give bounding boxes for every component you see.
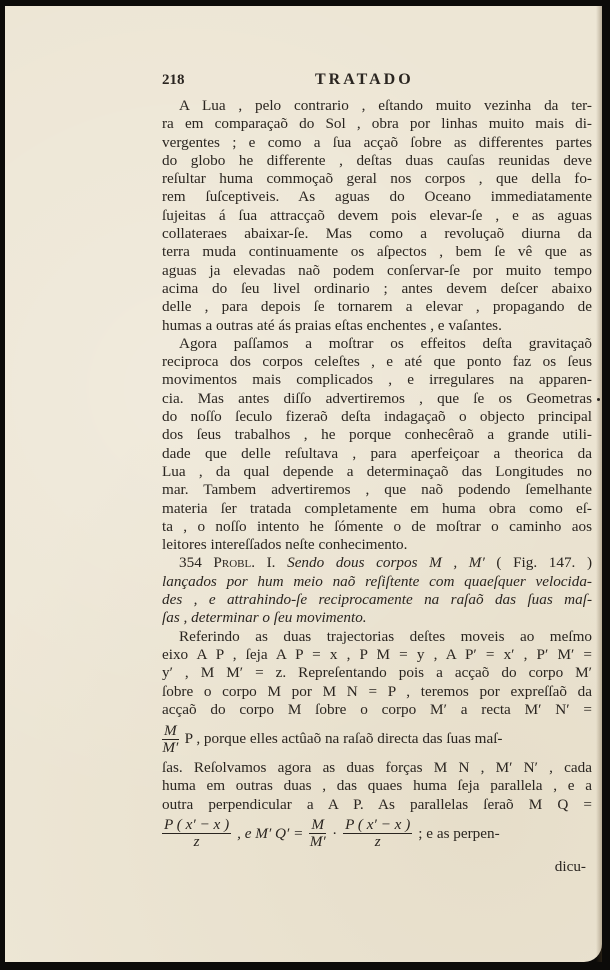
text-line: eixo A P , ſeja A P = x , P M = y , A P′… (162, 646, 592, 664)
ink-speck (597, 398, 600, 401)
text-line: do noſſo ſeculo fizeraõ deſta indagaçaõ … (162, 408, 592, 426)
text-line: A Lua , pelo contrario , eſtando muito v… (162, 97, 592, 115)
problem-statement: 354 Probl. I. Sendo dous corpos M , M′ (… (162, 554, 592, 627)
text-line: vergentes ; e como a ſua acçaõ ſobre as … (162, 134, 592, 152)
text-line: reſultar huma commoçaõ geral nos corpos … (162, 170, 592, 188)
problem-label: Probl. I. (213, 554, 275, 571)
problem-text: Sendo dous corpos M , M′ (287, 554, 485, 571)
book-page: 218 TRATADO A Lua , pelo contrario , eſt… (5, 6, 602, 962)
text-line: aguas ja elevadas naõ podem conſervar-ſe… (162, 262, 592, 280)
text-line: dos ſeus trabalhos , he porque conhecêra… (162, 426, 592, 444)
text-line: reciproca dos corpos celeſtes , e até qu… (162, 353, 592, 371)
text-line: ſas. Reſolvamos agora as duas forças M N… (162, 759, 592, 777)
fraction-mq-prime: P ( x′ − x ) z (343, 817, 412, 850)
text-line: rem ſuſceptiveis. As aguas do Oceano imm… (162, 188, 592, 206)
text-line: terra muda continuamente os aſpectos , b… (162, 243, 592, 261)
text-line: movimentos mais complicados , e irregula… (162, 371, 592, 389)
text-line: ra em comparaçaõ do Sol , obra por linha… (162, 115, 592, 133)
problem-line: ſas , determinar o ſeu movimento. (162, 609, 592, 627)
formula-text: ; e as perpen- (418, 825, 499, 843)
text-line: ſobre o corpo M por M N = P , teremos po… (162, 683, 592, 701)
fraction-line: M M′ P , porque elles actûaõ na raſaõ di… (162, 719, 592, 759)
paragraph-2: Agora paſſamos a moſtrar os effeitos deſ… (162, 335, 592, 555)
text-line: collateraes abaixar-ſe. Mas como a revol… (162, 225, 592, 243)
paragraph-3: Referindo as duas trajectorias deſtes mo… (162, 628, 592, 877)
paragraph-1: A Lua , pelo contrario , eſtando muito v… (162, 97, 592, 335)
page-number: 218 (162, 71, 185, 89)
text-line: do globo he differente , deſtas duas cau… (162, 152, 592, 170)
mass-ratio-fraction: M M′ (162, 723, 179, 756)
text-line: leitores intereſſados neſte conhecimento… (162, 536, 592, 554)
text-line: Lua , da qual depende a determinaçaõ das… (162, 463, 592, 481)
text-line: acçaõ do corpo M ſobre o corpo M′ a rect… (162, 701, 592, 719)
text-line: huma em outras duas , das quaes huma ſej… (162, 777, 592, 795)
text-line: materia ſer tratada completamente em hum… (162, 500, 592, 518)
running-title: TRATADO (315, 71, 414, 89)
text-line: delle , para depois ſe tornarem a elevar… (162, 298, 592, 316)
problem-line: lançados por hum meio naõ reſiſtente com… (162, 573, 592, 591)
formula-text: , e M′ Q′ = (237, 825, 303, 843)
problem-line: des , e attrahindo-ſe reciprocamente na … (162, 591, 592, 609)
fraction-mq: P ( x′ − x ) z (162, 817, 231, 850)
page-edge-shadow (596, 6, 602, 962)
problem-heading-line: 354 Probl. I. Sendo dous corpos M , M′ (… (162, 554, 592, 572)
text-line: Referindo as duas trajectorias deſtes mo… (162, 628, 592, 646)
text-line: ta , o noſſo intento he ſómente o de moſ… (162, 518, 592, 536)
figure-reference: ( Fig. 147. ) (496, 554, 592, 571)
text-line: outra perpendicular a A P. As parallelas… (162, 796, 592, 814)
running-head: 218 TRATADO (162, 71, 592, 97)
text-line: acima do ſeu livel ordinario ; antes dev… (162, 280, 592, 298)
text-line: y′ , M M′ = z. Repreſentando pois a acça… (162, 664, 592, 682)
text-line: P , porque elles actûaõ na raſaõ directa… (185, 730, 503, 748)
text-line: Agora paſſamos a moſtrar os effeitos deſ… (162, 335, 592, 353)
text-line: humas a outras até ás praias eſtas enche… (162, 317, 592, 335)
text-block: 218 TRATADO A Lua , pelo contrario , eſt… (162, 71, 592, 876)
fraction-mass-ratio: M M′ (309, 817, 326, 850)
text-line: ſujeitas á ſua attracçaõ devem pois elev… (162, 207, 592, 225)
problem-number: 354 (179, 554, 202, 571)
text-line: mar. Tambem advertiremos , que naõ poden… (162, 481, 592, 499)
catchword: dicu- (162, 858, 592, 876)
text-line: cia. Mas antes diſſo advertiremos , que … (162, 390, 592, 408)
text-line: dade que delle reſultava , para aperfeiç… (162, 445, 592, 463)
multiply-dot: · (332, 825, 337, 843)
formula-line: P ( x′ − x ) z , e M′ Q′ = M M′ · P ( x′… (162, 814, 592, 854)
